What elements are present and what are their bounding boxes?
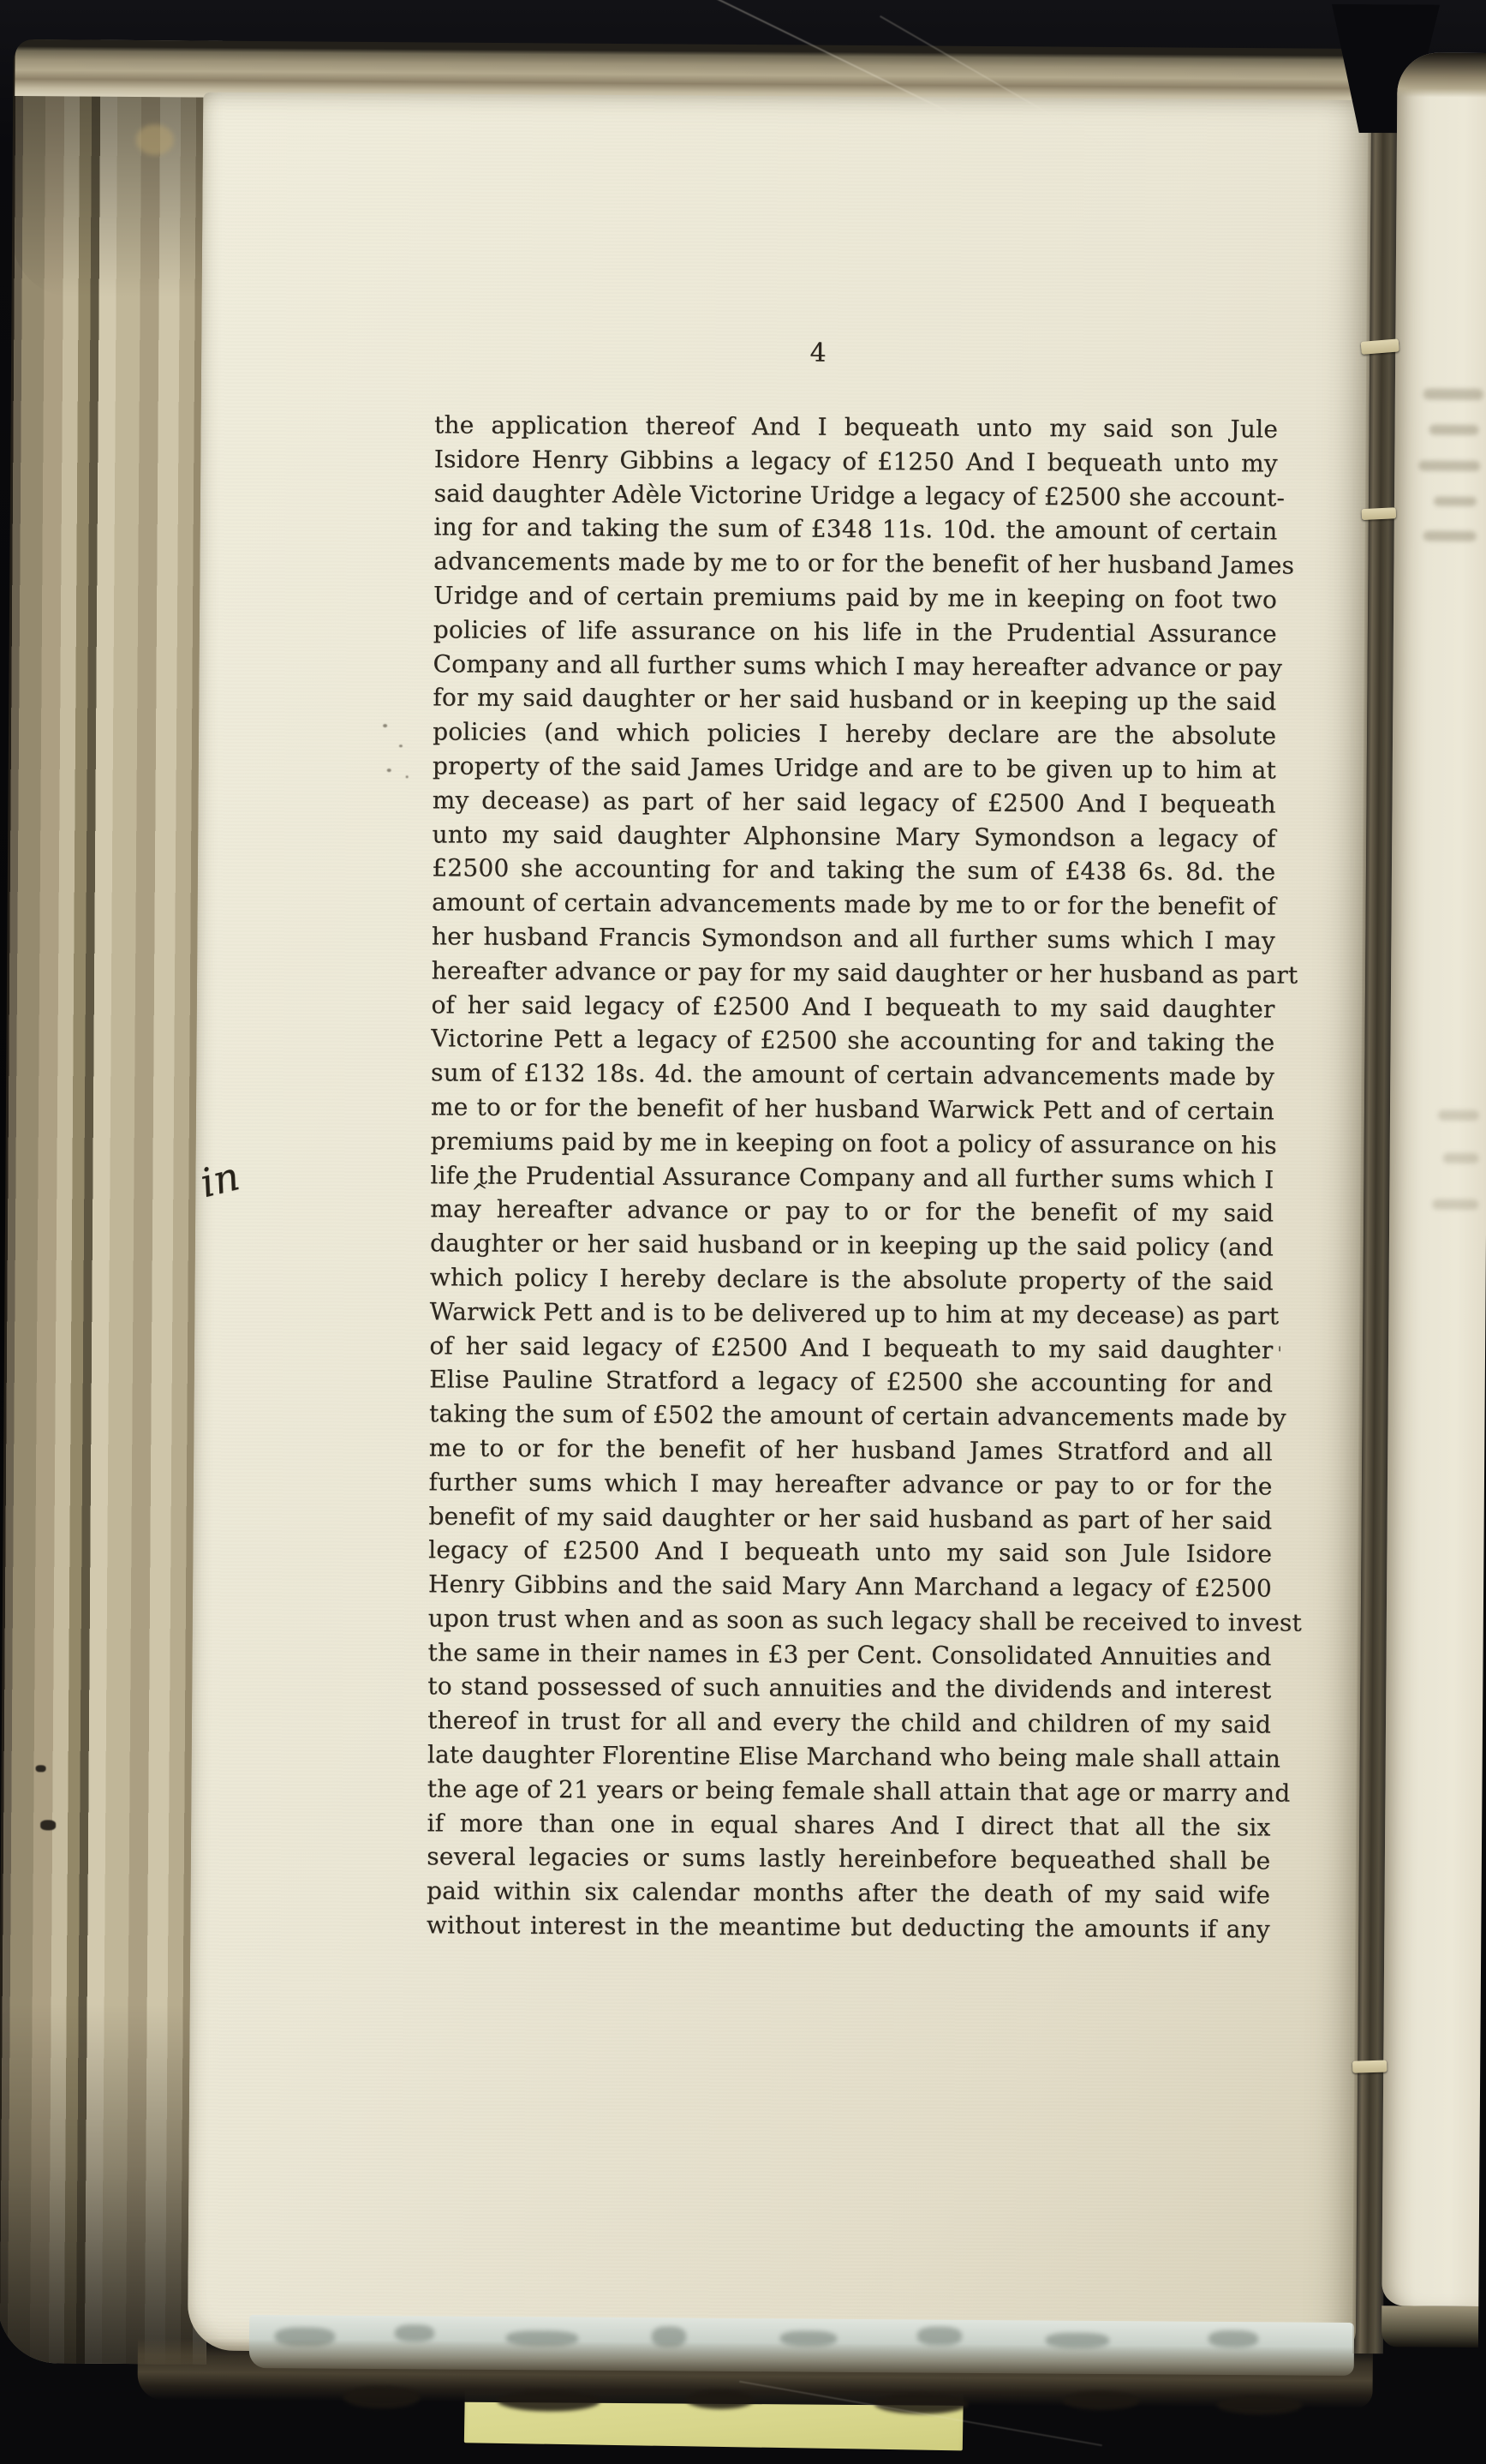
text-line: £2500 she accounting for and taking the … — [432, 852, 1275, 890]
edge-blemish — [40, 1820, 56, 1830]
text-line: me to or for the benefit of her husband … — [429, 1431, 1273, 1469]
ink-speck — [406, 775, 409, 778]
text-line: without interest in the meantime but ded… — [427, 1908, 1270, 1947]
text-line: the same in their names in £3 per Cent. … — [427, 1636, 1271, 1674]
text-line: daughter or her said husband or in keepi… — [430, 1226, 1274, 1265]
text-line: Elise Pauline Stratford a legacy of £250… — [429, 1363, 1273, 1402]
show-through-text — [1434, 497, 1477, 506]
burnt-bottom-edge — [137, 2338, 1372, 2408]
text-line: benefit of my said daughter or her said … — [428, 1499, 1272, 1538]
text-line: taking the sum of £502 the amount of cer… — [429, 1396, 1273, 1435]
text-line: ing for and taking the sum of £348 11s. … — [433, 511, 1277, 549]
edge-blemish — [36, 1765, 46, 1772]
facing-page-edge — [1382, 52, 1486, 2306]
text-line: further sums which I may hereafter advan… — [428, 1465, 1272, 1504]
text-line: my decease) as part of her said legacy o… — [433, 783, 1276, 822]
show-through-text — [1429, 425, 1479, 435]
text-line: several legacies or sums lastly hereinbe… — [427, 1840, 1270, 1879]
text-line: Henry Gibbins and the said Mary Ann Marc… — [428, 1567, 1272, 1606]
stray-ink-mark: ' — [1277, 1343, 1282, 1365]
show-through-text — [1423, 389, 1483, 400]
paper-stain — [136, 124, 174, 155]
binding-stitch — [1362, 507, 1397, 520]
insertion-caret-mark: ^ — [470, 1179, 490, 1205]
ink-speck — [383, 724, 387, 727]
text-line: policies of life assurance on his life i… — [433, 613, 1277, 651]
text-line: Warwick Pett and is to be delivered up t… — [430, 1295, 1274, 1333]
text-line: life the Prudential Assurance Company an… — [430, 1158, 1274, 1197]
text-line: Victorine Pett a legacy of £2500 she acc… — [431, 1022, 1274, 1061]
text-line: may hereafter advance or pay to or for t… — [430, 1193, 1274, 1231]
text-line: hereafter advance or pay for my said dau… — [432, 954, 1275, 992]
text-line: advancements made by me to or for the be… — [433, 545, 1277, 583]
text-line: property of the said James Uridge and ar… — [433, 749, 1276, 787]
text-line: which policy I hereby declare is the abs… — [430, 1260, 1274, 1299]
text-line: to stand possessed of such annuities and… — [427, 1670, 1271, 1708]
ink-speck — [387, 769, 391, 772]
text-line: said daughter Adèle Victorine Uridge a l… — [434, 476, 1278, 515]
text-line: for my said daughter or her said husband… — [433, 681, 1276, 720]
text-line: upon trust when and as soon as such lega… — [428, 1601, 1272, 1640]
binding-stitch — [1352, 2060, 1387, 2073]
text-line: amount of certain advancements made by m… — [432, 885, 1275, 924]
text-line: the application thereof And I bequeath u… — [434, 408, 1278, 446]
text-line: sum of £132 18s. 4d. the amount of certa… — [431, 1056, 1274, 1094]
text-line: unto my said daughter Alphonsine Mary Sy… — [432, 817, 1275, 856]
text-line: her husband Francis Symondson and all fu… — [432, 919, 1275, 958]
text-line: of her said legacy of £2500 And I bequea… — [429, 1329, 1273, 1367]
open-book: 4 the application thereof And I bequeath… — [0, 0, 1486, 2464]
photograph-background: 4 the application thereof And I bequeath… — [0, 0, 1486, 2464]
show-through-text — [1423, 531, 1477, 541]
text-line: Isidore Henry Gibbins a legacy of £1250 … — [434, 442, 1278, 481]
page-text: the application thereof And I bequeath u… — [427, 408, 1278, 1947]
text-line: if more than one in equal shares And I d… — [427, 1806, 1270, 1845]
show-through-text — [1432, 1199, 1478, 1210]
text-line: of her said legacy of £2500 And I bequea… — [431, 988, 1274, 1026]
text-line: policies (and which policies I hereby de… — [433, 715, 1276, 753]
show-through-text — [1438, 1110, 1479, 1121]
show-through-text — [1443, 1153, 1479, 1163]
text-line: the age of 21 years or being female shal… — [427, 1772, 1271, 1810]
text-line: premiums paid by me in keeping on foot a… — [431, 1124, 1274, 1163]
ink-speck — [399, 745, 403, 747]
ghost-text-smudge — [917, 2326, 962, 2345]
text-line: Company and all further sums which I may… — [433, 647, 1276, 685]
text-line: legacy of £2500 And I bequeath unto my s… — [428, 1534, 1272, 1572]
page-number: 4 — [792, 338, 844, 368]
text-line: thereof in trust for all and every the c… — [427, 1704, 1271, 1743]
text-line: paid within six calendar months after th… — [427, 1875, 1270, 1913]
text-line: me to or for the benefit of her husband … — [431, 1090, 1274, 1128]
text-line: late daughter Florentine Elise Marchand … — [427, 1737, 1271, 1776]
text-line: Uridge and of certain premiums paid by m… — [433, 578, 1277, 617]
show-through-text — [1418, 460, 1480, 471]
